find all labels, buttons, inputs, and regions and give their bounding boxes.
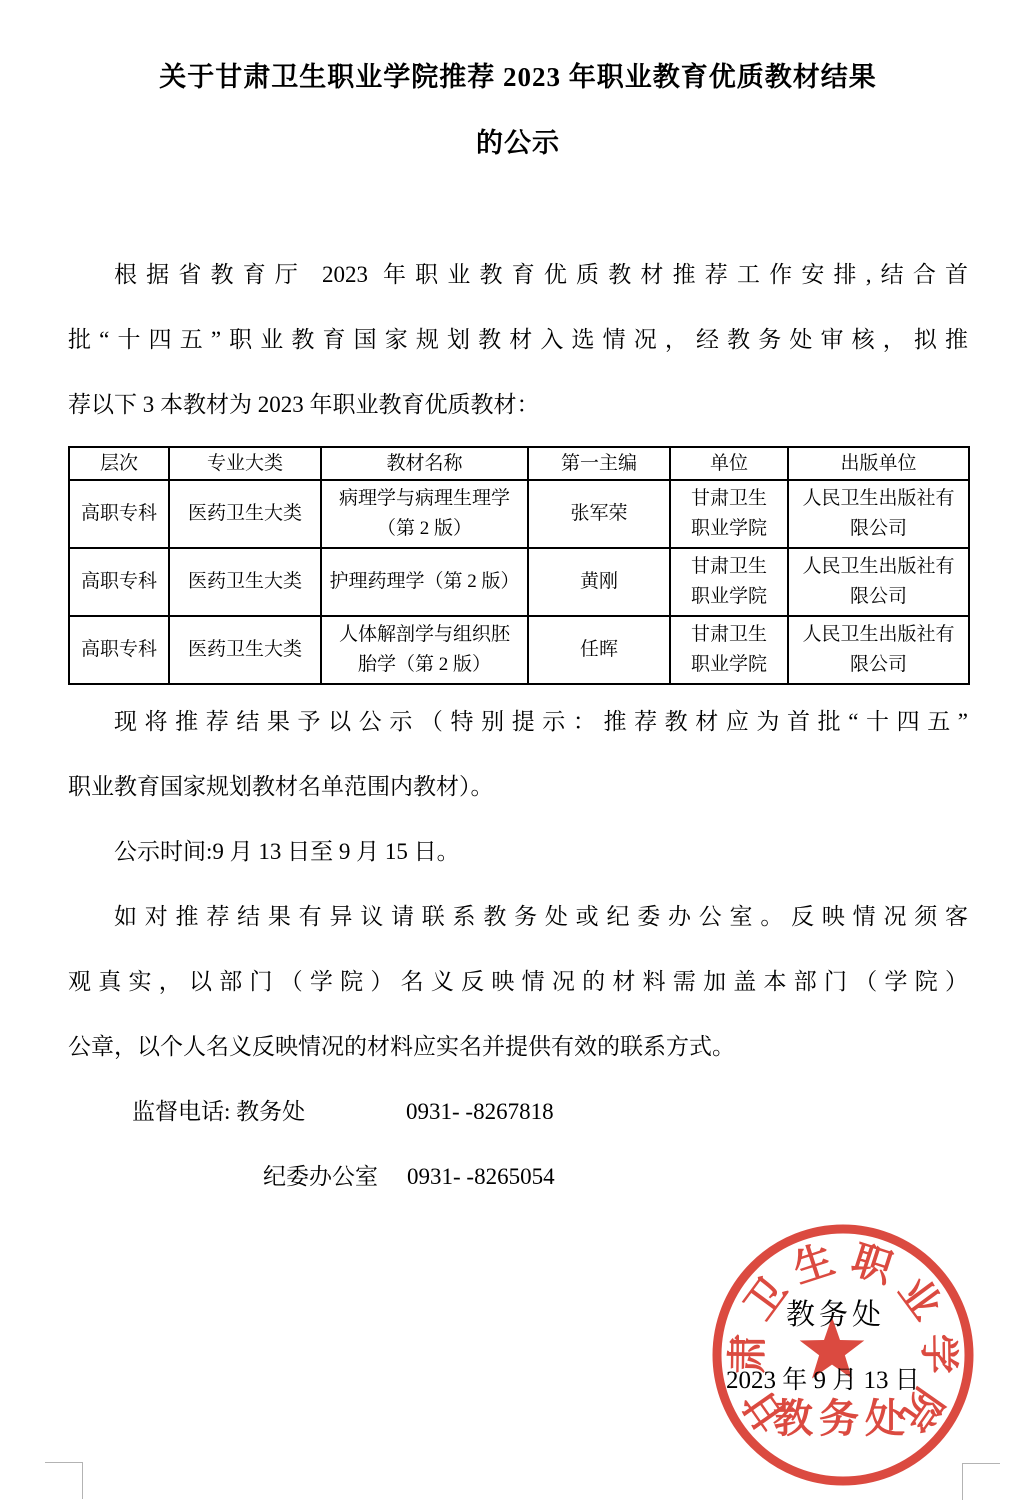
col-header-level: 层次 xyxy=(69,447,169,480)
intro-line: 根据省教育厅 2023 年职业教育优质教材推荐工作安排,结合首 xyxy=(68,242,968,307)
col-header-category: 专业大类 xyxy=(169,447,321,480)
discipline-phone-line: 纪委办公室0931- -8265054 xyxy=(68,1144,968,1209)
seal-arc-char: 生 xyxy=(788,1237,840,1292)
cell-textbook: 护理药理学（第 2 版） xyxy=(329,571,519,592)
discipline-phone-number: 0931- -8265054 xyxy=(407,1164,555,1189)
col-header-publisher: 出版单位 xyxy=(788,447,969,480)
supervision-phone-number: 0931- -8267818 xyxy=(406,1099,554,1124)
doc-title-line1: 关于甘肃卫生职业学院推荐 2023 年职业教育优质教材结果 xyxy=(68,44,968,110)
cell-level: 高职专科 xyxy=(81,639,157,660)
col-header-textbook: 教材名称 xyxy=(321,447,528,480)
table-header-row: 层次 专业大类 教材名称 第一主编 单位 出版单位 xyxy=(69,447,969,480)
cell-publisher: 人民卫生出版社有 限公司 xyxy=(802,556,954,607)
table-row: 高职专科 医药卫生大类 病理学与病理生理学 （第 2 版） 张军荣 甘肃卫生 职… xyxy=(69,480,969,548)
discipline-phone-label: 纪委办公室 xyxy=(263,1144,407,1209)
objection-line: 观真实，以部门（学院）名义反映情况的材料需加盖本部门（学院） xyxy=(68,949,968,1014)
objection-line: 如对推荐结果有异议请联系教务处或纪委办公室。反映情况须客 xyxy=(68,884,968,949)
doc-title: 关于甘肃卫生职业学院推荐 2023 年职业教育优质教材结果 的公示 xyxy=(68,0,968,176)
seal-arc-char: 学 xyxy=(916,1334,961,1375)
cell-unit: 甘肃卫生 职业学院 xyxy=(691,556,767,607)
intro-line: 荐以下 3 本教材为 2023 年职业教育优质教材： xyxy=(68,372,968,437)
cell-level: 高职专科 xyxy=(81,571,157,592)
table-row: 高职专科 医药卫生大类 人体解剖学与组织胚 胎学（第 2 版） 任晖 甘肃卫生 … xyxy=(69,616,969,684)
col-header-chief-editor: 第一主编 xyxy=(528,447,670,480)
cell-chief-editor: 黄刚 xyxy=(580,571,618,592)
official-seal: 甘 肃 卫 生 职 业 学 院 教务处 xyxy=(708,1220,978,1490)
cell-chief-editor: 张军荣 xyxy=(570,503,627,524)
doc-body: 根据省教育厅 2023 年职业教育优质教材推荐工作安排,结合首 批“十四五”职业… xyxy=(68,242,968,1209)
cell-category: 医药卫生大类 xyxy=(188,503,302,524)
cell-textbook: 人体解剖学与组织胚 胎学（第 2 版） xyxy=(339,624,510,675)
cell-publisher: 人民卫生出版社有 限公司 xyxy=(802,624,954,675)
objection-line: 公章，以个人名义反映情况的材料应实名并提供有效的联系方式。 xyxy=(68,1014,968,1079)
document-page: 关于甘肃卫生职业学院推荐 2023 年职业教育优质教材结果 的公示 根据省教育厅… xyxy=(0,0,1036,1512)
seal-arc-char: 职 xyxy=(846,1237,899,1292)
announcement-line: 现将推荐结果予以公示（特别提示：推荐教材应为首批“十四五” xyxy=(68,689,968,754)
cell-category: 医药卫生大类 xyxy=(188,639,302,660)
text-boundary-mark-bottom-left xyxy=(45,1462,82,1463)
cell-level: 高职专科 xyxy=(81,503,157,524)
cell-unit: 甘肃卫生 职业学院 xyxy=(691,624,767,675)
announcement-paragraph: 现将推荐结果予以公示（特别提示：推荐教材应为首批“十四五” 职业教育国家规划教材… xyxy=(68,689,968,819)
intro-paragraph: 根据省教育厅 2023 年职业教育优质教材推荐工作安排,结合首 批“十四五”职业… xyxy=(68,242,968,437)
textbook-table: 层次 专业大类 教材名称 第一主编 单位 出版单位 高职专科 医药卫生大类 病理… xyxy=(68,446,970,685)
cell-chief-editor: 任晖 xyxy=(580,639,618,660)
col-header-unit: 单位 xyxy=(670,447,788,480)
cell-textbook: 病理学与病理生理学 （第 2 版） xyxy=(339,488,510,539)
publicity-period-paragraph: 公示时间:9 月 13 日至 9 月 15 日。 xyxy=(68,819,968,884)
announcement-line: 职业教育国家规划教材名单范围内教材）。 xyxy=(68,754,968,819)
signature-department: 教务处 xyxy=(786,1292,885,1333)
table-row: 高职专科 医药卫生大类 护理药理学（第 2 版） 黄刚 甘肃卫生 职业学院 人民… xyxy=(69,548,969,616)
seal-department-text: 教务处 xyxy=(773,1396,911,1441)
cell-publisher: 人民卫生出版社有 限公司 xyxy=(802,488,954,539)
supervision-phone-label: 监督电话: 教务处 xyxy=(132,1079,406,1144)
text-boundary-mark-bottom-left xyxy=(82,1462,83,1499)
objection-paragraph: 如对推荐结果有异议请联系教务处或纪委办公室。反映情况须客 观真实，以部门（学院）… xyxy=(68,884,968,1079)
cell-category: 医药卫生大类 xyxy=(188,571,302,592)
supervision-phone-line: 监督电话: 教务处0931- -8267818 xyxy=(68,1079,968,1144)
signature-date: 2023 年 9 月 13 日 xyxy=(726,1360,920,1396)
publicity-period-line: 公示时间:9 月 13 日至 9 月 15 日。 xyxy=(68,819,968,884)
doc-title-line2: 的公示 xyxy=(68,110,968,176)
intro-line: 批“十四五”职业教育国家规划教材入选情况，经教务处审核，拟推 xyxy=(68,307,968,372)
cell-unit: 甘肃卫生 职业学院 xyxy=(691,488,767,539)
